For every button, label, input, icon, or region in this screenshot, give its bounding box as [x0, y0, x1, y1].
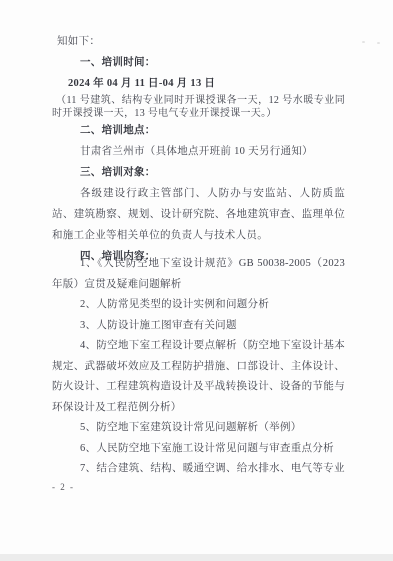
- section-para-text: 各级建设行政主管部门、人防办与安监站、人防质监站、建筑勘察、规划、设计研究院、各…: [52, 183, 345, 246]
- section-note-text: （11 号建筑、结构专业同时开课授课各一天，12 号水暖专业同时开课授课一天，1…: [52, 94, 345, 120]
- section-heading: 二、培训地点：: [52, 120, 345, 141]
- section-heading: 一、培训时间：: [52, 52, 345, 73]
- scan-artifact: [377, 42, 380, 44]
- page-bottom-edge: [0, 554, 393, 561]
- scan-artifact: [362, 41, 365, 43]
- section-item-text: 6、人民防空地下室施工设计常见问题与审查重点分析: [52, 439, 345, 460]
- section-heading: 三、培训对象：: [52, 162, 345, 183]
- section-item-text: 5、防空地下室建筑设计常见问题解析（举例）: [52, 418, 345, 439]
- section-item-text: 4、防空地下室工程设计要点解析（防空地下室设计基本规定、武器破坏效应及工程防护措…: [52, 336, 345, 418]
- section-date-text: 2024 年 04 月 11 日-04 月 13 日: [52, 73, 345, 94]
- section-item-text: 3、人防设计施工图审查有关问题: [52, 316, 345, 337]
- intro-continuation-line: 知如下：: [52, 31, 345, 52]
- page-number: - 2 -: [52, 480, 345, 494]
- section-item-text: 1、《人民防空地下室设计规范》GB 50038-2005（2023 年版）宣贯及…: [52, 254, 345, 295]
- document-page: 知如下： 一、培训时间：2024 年 04 月 11 日-04 月 13 日（1…: [0, 0, 393, 561]
- sections-container: 一、培训时间：2024 年 04 月 11 日-04 月 13 日（11 号建筑…: [52, 52, 345, 480]
- section-para-text: 甘肃省兰州市（具体地点开班前 10 天另行通知）: [52, 141, 345, 162]
- document-body: 知如下： 一、培训时间：2024 年 04 月 11 日-04 月 13 日（1…: [52, 31, 345, 494]
- section-item-text: 7、结合建筑、结构、暖通空调、给水排水、电气等专业: [52, 459, 345, 480]
- section-item-text: 2、人防常见类型的设计实例和问题分析: [52, 295, 345, 316]
